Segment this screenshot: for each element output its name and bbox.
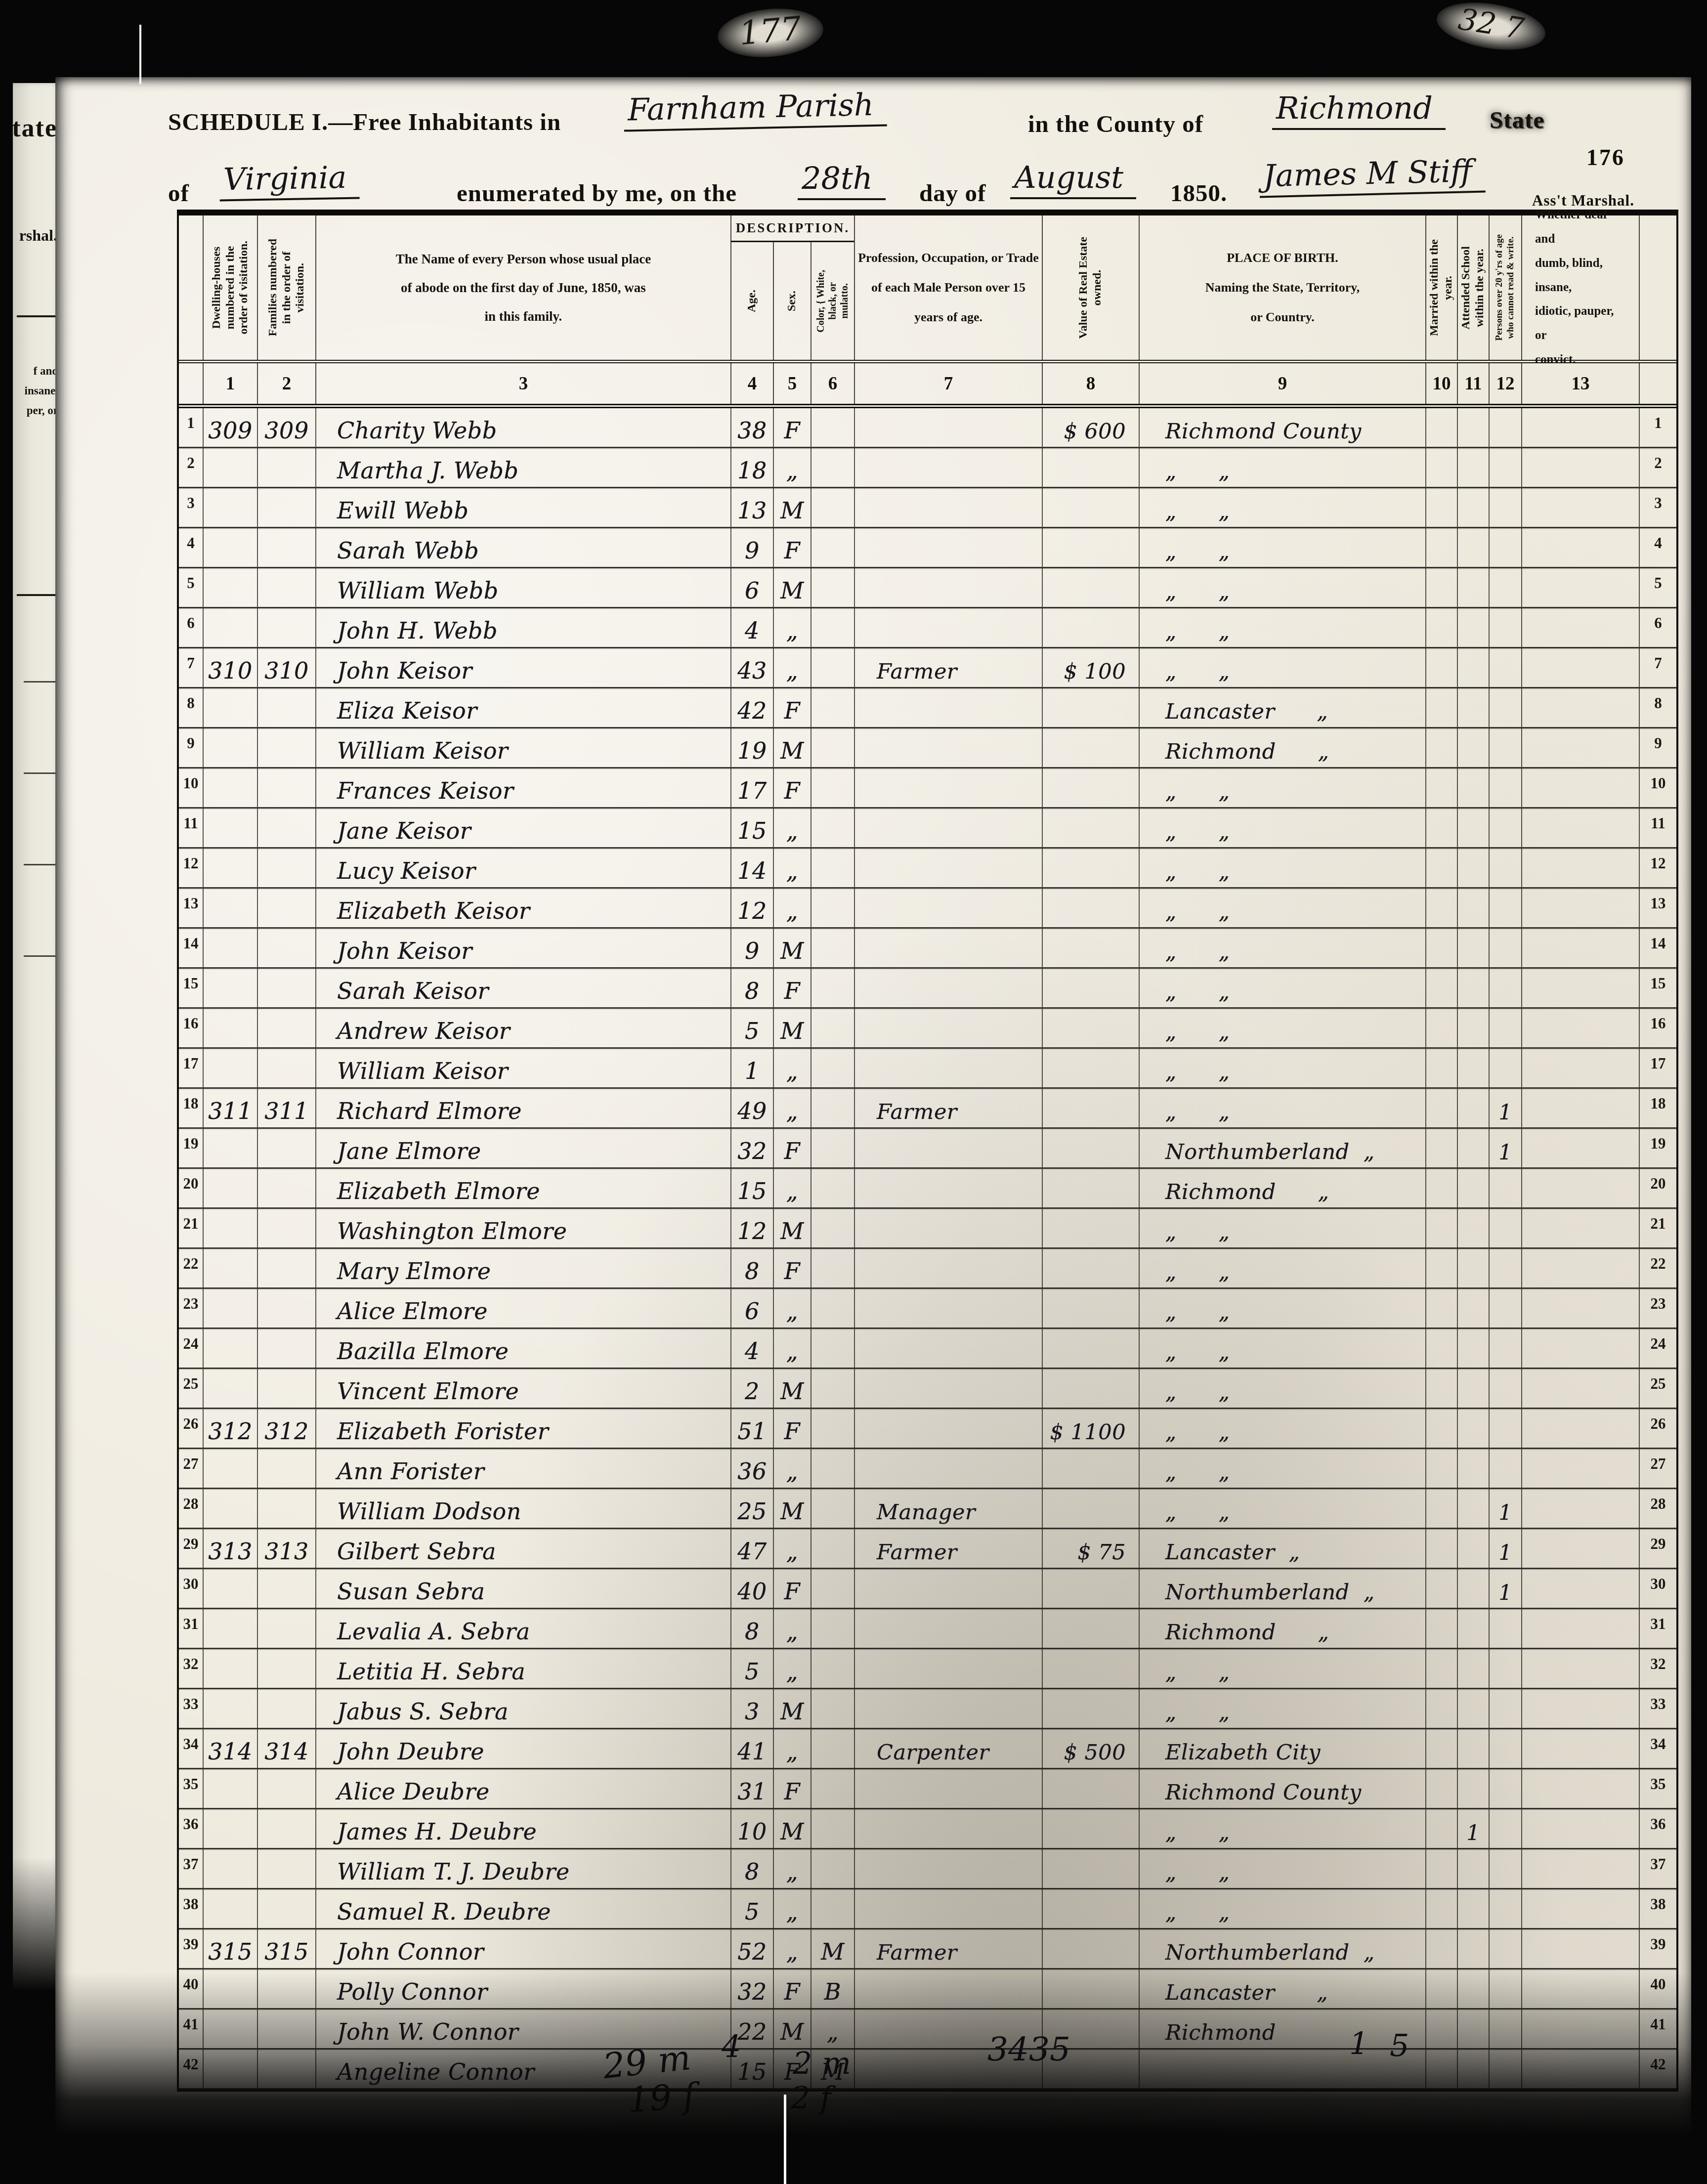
cell-attended-school (1457, 488, 1489, 527)
cell-birthplace: „ „ (1139, 969, 1425, 1007)
row-number-right: 37 (1639, 1849, 1676, 1888)
cell-married-in-year (1425, 1569, 1457, 1608)
cell-sex: F (773, 969, 811, 1007)
cell-married-in-year (1425, 688, 1457, 727)
cell-attended-school (1457, 1569, 1489, 1608)
cell-birthplace: „ „ (1139, 1329, 1425, 1368)
header-sex-label: Sex. (785, 291, 799, 311)
cell-person-name: Andrew Keisor (315, 1009, 730, 1047)
cell-cannot-read-write (1489, 1649, 1521, 1688)
cell-occupation (854, 1889, 1042, 1928)
header-condition-label: Whether deaf and dumb, blind, insane, id… (1522, 203, 1639, 372)
cell-condition (1521, 769, 1639, 807)
cell-occupation: Carpenter (854, 1729, 1042, 1768)
table-row: 17 William Keisor 1 „ „ „ 17 (179, 1049, 1676, 1089)
cell-family-number: 310 (257, 648, 315, 687)
row-number-right: 12 (1639, 849, 1676, 887)
cell-dwelling-number (203, 1369, 257, 1408)
table-row: 16 Andrew Keisor 5 M „ „ 16 (179, 1009, 1676, 1049)
cell-occupation (854, 608, 1042, 647)
tally-mark-3: 5 (1390, 2027, 1409, 2063)
cell-cannot-read-write (1489, 889, 1521, 927)
neighbor-fragment-state: tate (12, 114, 57, 143)
cell-married-in-year (1425, 648, 1457, 687)
row-number-left: 19 (179, 1129, 203, 1167)
cell-family-number (257, 688, 315, 727)
cell-birthplace: Northumberland „ (1139, 1129, 1425, 1167)
cell-attended-school (1457, 1929, 1489, 1968)
cell-dwelling-number: 311 (203, 1089, 257, 1127)
cell-occupation (854, 849, 1042, 887)
cell-color (811, 1409, 854, 1448)
cell-married-in-year (1425, 1009, 1457, 1047)
cell-cannot-read-write: 1 (1489, 1529, 1521, 1568)
cell-sex: „ (773, 809, 811, 847)
cell-cannot-read-write (1489, 568, 1521, 607)
cell-condition (1521, 1329, 1639, 1368)
cell-color (811, 728, 854, 767)
cell-sex: „ (773, 1929, 811, 1968)
cell-dwelling-number: 314 (203, 1729, 257, 1768)
cell-condition (1521, 488, 1639, 527)
cell-color (811, 648, 854, 687)
header-rownum-right (1639, 215, 1676, 360)
cell-family-number (257, 889, 315, 927)
row-number-left: 36 (179, 1809, 203, 1848)
cell-color (811, 1009, 854, 1047)
cell-sex: F (773, 1970, 811, 2008)
cell-condition (1521, 1249, 1639, 1287)
cell-color (811, 1889, 854, 1928)
cell-attended-school (1457, 1409, 1489, 1448)
cell-cannot-read-write (1489, 1609, 1521, 1648)
cell-condition (1521, 1169, 1639, 1207)
table-row: 27 Ann Forister 36 „ „ „ 27 (179, 1449, 1676, 1489)
cell-family-number (257, 1809, 315, 1848)
cell-sex: F (773, 1409, 811, 1448)
cell-birthplace: „ „ (1139, 1049, 1425, 1087)
table-row: 22 Mary Elmore 8 F „ „ 22 (179, 1249, 1676, 1289)
cell-person-name: Alice Elmore (315, 1289, 730, 1328)
cell-real-estate-value (1042, 488, 1139, 527)
cell-occupation (854, 1809, 1042, 1848)
header-school: Attended School within the year. (1457, 215, 1489, 360)
cell-real-estate-value (1042, 608, 1139, 647)
cell-occupation (854, 1249, 1042, 1287)
cell-age: 32 (730, 1970, 773, 2008)
cell-cannot-read-write (1489, 528, 1521, 567)
cell-age: 49 (730, 1089, 773, 1127)
state-handwritten: Virginia (219, 159, 360, 202)
cell-real-estate-value (1042, 568, 1139, 607)
cell-condition (1521, 728, 1639, 767)
cell-person-name: John Connor (315, 1929, 730, 1968)
cell-married-in-year (1425, 1769, 1457, 1808)
cell-married-in-year (1425, 568, 1457, 607)
row-number-left: 32 (179, 1649, 203, 1688)
cell-real-estate-value (1042, 728, 1139, 767)
cell-person-name: Elizabeth Keisor (315, 889, 730, 927)
cell-cannot-read-write (1489, 1729, 1521, 1768)
row-number-right: 5 (1639, 568, 1676, 607)
cell-real-estate-value (1042, 809, 1139, 847)
cell-attended-school (1457, 2050, 1489, 2088)
cell-condition (1521, 1049, 1639, 1087)
row-number-left: 25 (179, 1369, 203, 1408)
table-row: 39 315 315 John Connor 52 „ M Farmer Nor… (179, 1929, 1676, 1970)
cell-attended-school (1457, 1289, 1489, 1328)
cell-attended-school (1457, 849, 1489, 887)
cell-age: 36 (730, 1449, 773, 1488)
cell-real-estate-value (1042, 1849, 1139, 1888)
cell-cannot-read-write (1489, 728, 1521, 767)
row-number-left: 42 (179, 2050, 203, 2088)
cell-family-number: 311 (257, 1089, 315, 1127)
column-number-row: 1 2 3 4 5 6 7 8 9 10 11 12 13 (179, 360, 1676, 408)
cell-real-estate-value (1042, 1769, 1139, 1808)
table-row: 7 310 310 John Keisor 43 „ Farmer $ 100 … (179, 648, 1676, 688)
cell-occupation (854, 1289, 1042, 1328)
day-of-label: day of (919, 179, 986, 207)
cell-married-in-year (1425, 1449, 1457, 1488)
row-number-left: 37 (179, 1849, 203, 1888)
table-row: 23 Alice Elmore 6 „ „ „ 23 (179, 1289, 1676, 1329)
cell-dwelling-number (203, 608, 257, 647)
month-handwritten: August (1010, 159, 1136, 199)
cell-dwelling-number (203, 889, 257, 927)
cell-real-estate-value (1042, 1049, 1139, 1087)
cell-color (811, 1129, 854, 1167)
cell-condition (1521, 1129, 1639, 1167)
cell-person-name: Jane Keisor (315, 809, 730, 847)
cell-birthplace: „ „ (1139, 1369, 1425, 1408)
cell-attended-school (1457, 929, 1489, 967)
cell-person-name: Charity Webb (315, 408, 730, 447)
cell-age: 6 (730, 568, 773, 607)
cell-age: 43 (730, 648, 773, 687)
cell-sex: F (773, 769, 811, 807)
cell-person-name: Ann Forister (315, 1449, 730, 1488)
row-number-right: 39 (1639, 1929, 1676, 1968)
cell-age: 15 (730, 1169, 773, 1207)
table-row: 24 Bazilla Elmore 4 „ „ „ 24 (179, 1329, 1676, 1369)
row-number-left: 8 (179, 688, 203, 727)
cell-person-name: John Keisor (315, 929, 730, 967)
tally-males-2: 2 m (793, 2045, 851, 2081)
cell-person-name: Richard Elmore (315, 1089, 730, 1127)
row-number-left: 4 (179, 528, 203, 567)
cell-occupation (854, 688, 1042, 727)
cell-color (811, 1649, 854, 1688)
cell-birthplace: Richmond County (1139, 1769, 1425, 1808)
table-row: 19 Jane Elmore 32 F Northumberland „ 1 1… (179, 1129, 1676, 1169)
cell-married-in-year (1425, 889, 1457, 927)
cell-condition (1521, 568, 1639, 607)
cell-birthplace: „ „ (1139, 648, 1425, 687)
cell-age: 40 (730, 1569, 773, 1608)
cell-real-estate-value (1042, 1689, 1139, 1728)
row-number-right: 26 (1639, 1409, 1676, 1448)
cell-occupation (854, 809, 1042, 847)
cell-married-in-year (1425, 448, 1457, 487)
cell-married-in-year (1425, 849, 1457, 887)
cell-condition (1521, 1569, 1639, 1608)
tally-females-2: 2 f (791, 2080, 831, 2116)
cell-person-name: Sarah Keisor (315, 969, 730, 1007)
cell-cannot-read-write (1489, 648, 1521, 687)
day-handwritten: 28th (798, 160, 886, 200)
cell-birthplace: Northumberland „ (1139, 1569, 1425, 1608)
cell-dwelling-number: 315 (203, 1929, 257, 1968)
cell-married-in-year (1425, 769, 1457, 807)
cell-family-number (257, 1649, 315, 1688)
cell-attended-school (1457, 1889, 1489, 1928)
cell-sex: F (773, 408, 811, 447)
cell-sex: M (773, 1369, 811, 1408)
row-number-left: 26 (179, 1409, 203, 1448)
cell-birthplace: Lancaster „ (1139, 688, 1425, 727)
cell-person-name: Frances Keisor (315, 769, 730, 807)
county-label: in the County of (1028, 110, 1203, 138)
row-number-right: 22 (1639, 1249, 1676, 1287)
row-number-left: 7 (179, 648, 203, 687)
cell-age: 52 (730, 1929, 773, 1968)
cell-married-in-year (1425, 969, 1457, 1007)
row-number-left: 2 (179, 448, 203, 487)
cell-age: 31 (730, 1769, 773, 1808)
neighbor-fragment-line: insane, (17, 385, 58, 397)
neighbor-fragment-line: per, or (17, 404, 58, 417)
cell-sex: „ (773, 1049, 811, 1087)
neighbor-fragment-marshal: rshal. (19, 226, 57, 245)
cell-attended-school (1457, 969, 1489, 1007)
header-married: Married within the year. (1425, 215, 1457, 360)
cell-color: „ (811, 2010, 854, 2048)
cell-condition (1521, 408, 1639, 447)
cell-person-name: Elizabeth Elmore (315, 1169, 730, 1207)
tally-females: 19 f (626, 2075, 697, 2120)
cell-sex: „ (773, 1729, 811, 1768)
cell-color (811, 1569, 854, 1608)
neighbor-rule (24, 864, 59, 865)
row-number-left: 33 (179, 1689, 203, 1728)
cell-color (811, 929, 854, 967)
table-row: 18 311 311 Richard Elmore 49 „ Farmer „ … (179, 1089, 1676, 1129)
cell-age: 13 (730, 488, 773, 527)
cell-condition (1521, 1529, 1639, 1568)
cell-age: 3 (730, 1689, 773, 1728)
cell-married-in-year (1425, 1329, 1457, 1368)
cell-real-estate-value (1042, 769, 1139, 807)
cell-married-in-year (1425, 1809, 1457, 1848)
colnum: 2 (257, 363, 315, 404)
cell-family-number (257, 1289, 315, 1328)
row-number-left: 5 (179, 568, 203, 607)
cell-birthplace: „ „ (1139, 528, 1425, 567)
cell-real-estate-value (1042, 1369, 1139, 1408)
cell-sex: „ (773, 1889, 811, 1928)
cell-color (811, 1289, 854, 1328)
cell-married-in-year (1425, 1689, 1457, 1728)
cell-age: 8 (730, 1609, 773, 1648)
row-number-right: 24 (1639, 1329, 1676, 1368)
cell-dwelling-number: 309 (203, 408, 257, 447)
cell-person-name: William T. J. Deubre (315, 1849, 730, 1888)
cell-occupation (854, 1209, 1042, 1247)
cell-family-number (257, 849, 315, 887)
cell-dwelling-number (203, 2010, 257, 2048)
cell-color (811, 1089, 854, 1127)
cell-sex: „ (773, 1169, 811, 1207)
cell-age: 12 (730, 889, 773, 927)
cell-married-in-year (1425, 728, 1457, 767)
cell-married-in-year (1425, 1649, 1457, 1688)
cell-color: M (811, 1929, 854, 1968)
cell-married-in-year (1425, 929, 1457, 967)
cell-person-name: Alice Deubre (315, 1769, 730, 1808)
cell-cannot-read-write (1489, 1970, 1521, 2008)
cell-color (811, 1809, 854, 1848)
cell-birthplace: „ „ (1139, 809, 1425, 847)
colnum: 12 (1489, 363, 1521, 404)
row-number-right: 4 (1639, 528, 1676, 567)
cell-married-in-year (1425, 1409, 1457, 1448)
cell-birthplace (1139, 2050, 1425, 2088)
row-number-left: 20 (179, 1169, 203, 1207)
header-birthplace: PLACE OF BIRTH. Naming the State, Territ… (1139, 215, 1425, 360)
cell-birthplace: Richmond County (1139, 408, 1425, 447)
cell-family-number (257, 1249, 315, 1287)
cell-sex: M (773, 488, 811, 527)
cell-cannot-read-write (1489, 1169, 1521, 1207)
cell-dwelling-number (203, 1249, 257, 1287)
row-number-right: 8 (1639, 688, 1676, 727)
cell-family-number (257, 488, 315, 527)
cell-dwelling-number (203, 528, 257, 567)
cell-condition (1521, 969, 1639, 1007)
cell-color (811, 889, 854, 927)
colnum: 3 (315, 363, 730, 404)
cell-birthplace: „ „ (1139, 488, 1425, 527)
cell-birthplace: Lancaster „ (1139, 1529, 1425, 1568)
cell-birthplace: „ „ (1139, 1289, 1425, 1328)
row-number-right: 30 (1639, 1569, 1676, 1608)
table-row: 40 Polly Connor 32 F B Lancaster „ 40 (179, 1970, 1676, 2010)
cell-cannot-read-write (1489, 688, 1521, 727)
cell-person-name: Eliza Keisor (315, 688, 730, 727)
cell-birthplace: „ „ (1139, 1009, 1425, 1047)
cell-color (811, 408, 854, 447)
cell-dwelling-number (203, 488, 257, 527)
of-label: of (168, 179, 189, 207)
cell-birthplace: Richmond (1139, 2010, 1425, 2048)
cell-married-in-year (1425, 1169, 1457, 1207)
cell-married-in-year (1425, 1849, 1457, 1888)
cell-condition (1521, 929, 1639, 967)
cell-occupation (854, 1129, 1042, 1167)
header-value-label: Value of Real Estate owned. (1077, 237, 1104, 339)
cell-sex: F (773, 1249, 811, 1287)
cell-age: 18 (730, 448, 773, 487)
cell-attended-school (1457, 1129, 1489, 1167)
row-number-right: 34 (1639, 1729, 1676, 1768)
row-number-right: 33 (1639, 1689, 1676, 1728)
cell-real-estate-value (1042, 1169, 1139, 1207)
cell-person-name: Lucy Keisor (315, 849, 730, 887)
cell-family-number (257, 1449, 315, 1488)
cell-occupation (854, 568, 1042, 607)
cell-attended-school (1457, 1529, 1489, 1568)
cell-person-name: Elizabeth Forister (315, 1409, 730, 1448)
cell-color (811, 1249, 854, 1287)
header-families-label: Families numbered in the order of visita… (266, 239, 307, 337)
cell-attended-school (1457, 728, 1489, 767)
cell-sex: „ (773, 1089, 811, 1127)
cell-dwelling-number (203, 1209, 257, 1247)
cell-real-estate-value (1042, 1889, 1139, 1928)
cell-cannot-read-write (1489, 1329, 1521, 1368)
cell-condition (1521, 1449, 1639, 1488)
cell-occupation (854, 528, 1042, 567)
cell-sex: M (773, 1209, 811, 1247)
cell-sex: M (773, 929, 811, 967)
cell-birthplace: „ „ (1139, 929, 1425, 967)
cell-attended-school (1457, 1649, 1489, 1688)
cell-sex: M (773, 1689, 811, 1728)
header-profession: Profession, Occupation, or Trade of each… (854, 215, 1042, 360)
cell-occupation (854, 1569, 1042, 1608)
cell-attended-school (1457, 408, 1489, 447)
cell-condition (1521, 1609, 1639, 1648)
header-dwelling: Dwelling-houses numbered in the order of… (203, 215, 257, 360)
cell-condition (1521, 1489, 1639, 1528)
cell-age: 32 (730, 1129, 773, 1167)
cell-birthplace: Richmond „ (1139, 1169, 1425, 1207)
cell-attended-school (1457, 568, 1489, 607)
cell-family-number (257, 728, 315, 767)
row-number-left: 35 (179, 1769, 203, 1808)
cell-color (811, 1449, 854, 1488)
cell-condition (1521, 608, 1639, 647)
cell-married-in-year (1425, 1249, 1457, 1287)
film-scratch (784, 2095, 786, 2184)
cell-real-estate-value (1042, 929, 1139, 967)
cell-dwelling-number (203, 728, 257, 767)
row-number-right: 9 (1639, 728, 1676, 767)
cell-birthplace: „ „ (1139, 1649, 1425, 1688)
cell-attended-school (1457, 1049, 1489, 1087)
row-number-left: 40 (179, 1970, 203, 2008)
row-number-right: 20 (1639, 1169, 1676, 1207)
cell-color (811, 1209, 854, 1247)
cell-family-number (257, 1329, 315, 1368)
cell-person-name: William Webb (315, 568, 730, 607)
cell-sex: „ (773, 1609, 811, 1648)
cell-dwelling-number (203, 1970, 257, 2008)
row-number-left: 38 (179, 1889, 203, 1928)
cell-condition (1521, 1689, 1639, 1728)
cell-person-name: William Dodson (315, 1489, 730, 1528)
cell-cannot-read-write (1489, 2050, 1521, 2088)
cell-occupation (854, 1649, 1042, 1688)
cell-cannot-read-write (1489, 1049, 1521, 1087)
colnum: 8 (1042, 363, 1139, 404)
cell-person-name: Gilbert Sebra (315, 1529, 730, 1568)
cell-family-number: 314 (257, 1729, 315, 1768)
cell-attended-school (1457, 1009, 1489, 1047)
cell-cannot-read-write (1489, 1409, 1521, 1448)
table-row: 1 309 309 Charity Webb 38 F $ 600 Richmo… (179, 408, 1676, 448)
